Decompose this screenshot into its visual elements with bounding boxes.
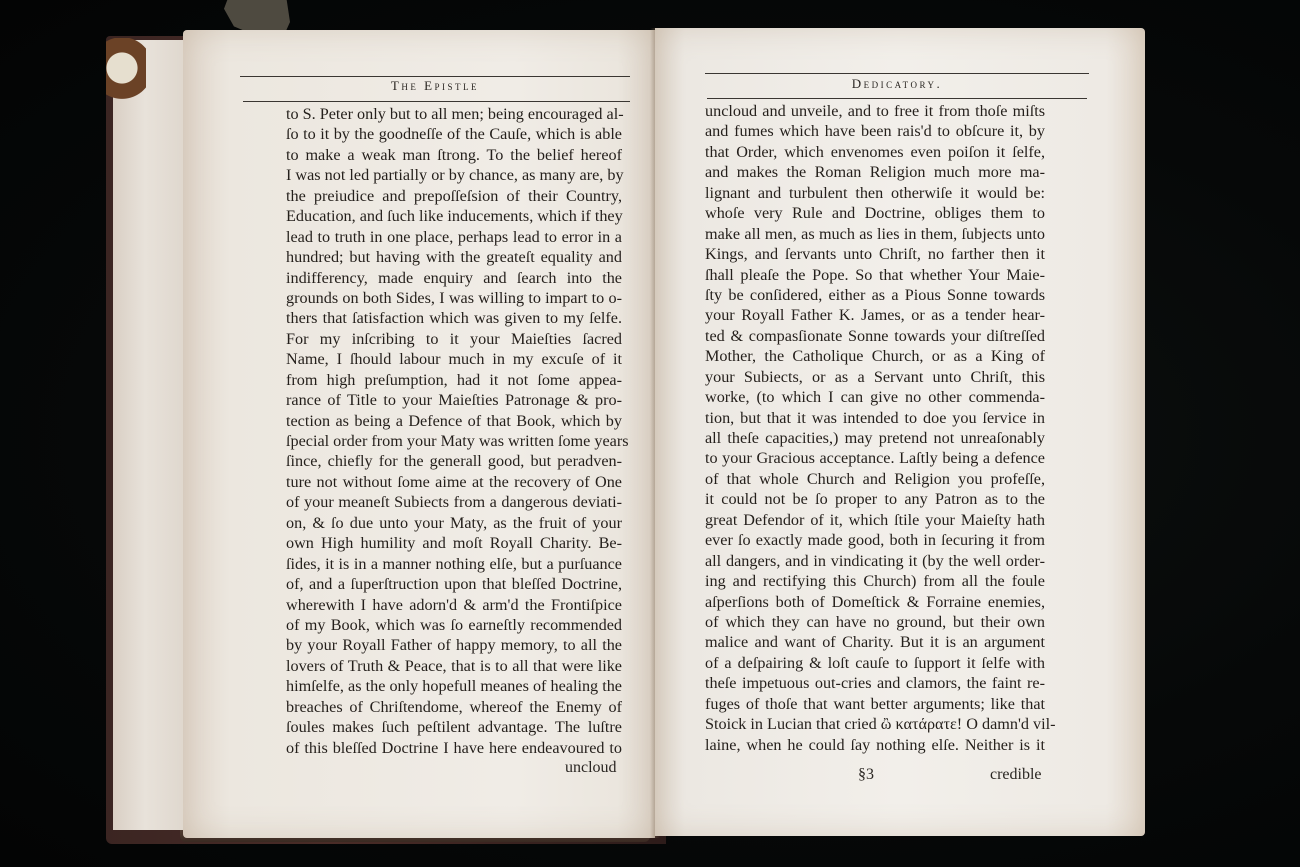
text-line: ſhall pleaſe the Pope. So that whether Y… xyxy=(705,265,1045,285)
text-line: theſe impetuous out-cries and clamors, t… xyxy=(705,673,1045,693)
text-line: of this bleſſed Doctrine I have here end… xyxy=(286,738,622,758)
text-line: ſince, chiefly for the generall good, bu… xyxy=(286,451,622,471)
header-rule-top xyxy=(705,73,1089,74)
text-line: malice and want of Charity. But it is an… xyxy=(705,632,1045,652)
text-line: and fumes which have been rais'd to obſc… xyxy=(705,121,1045,141)
text-line: great Defendor of it, which ſtile your M… xyxy=(705,510,1045,530)
text-line: Name, I ſhould labour much in my excuſe … xyxy=(286,349,622,369)
running-head: The Epistle xyxy=(240,78,630,94)
text-line: For my inſcribing to it your Maieſties ſ… xyxy=(286,329,622,349)
text-line: uncloud and unveile, and to free it from… xyxy=(705,101,1045,121)
header-rule-bottom xyxy=(243,101,630,102)
text-line: to make a weak man ſtrong. To the belief… xyxy=(286,145,622,165)
text-line: ſo to it by the goodneſſe of the Cauſe, … xyxy=(286,124,622,144)
text-line: the preiudice and prepoſſeſsion of their… xyxy=(286,186,622,206)
text-line: fuges of thoſe that want better argument… xyxy=(705,694,1045,714)
text-line: ſpecial order from your Maty was written… xyxy=(286,431,622,451)
text-line: grounds on both Sides, I was willing to … xyxy=(286,288,622,308)
text-line: of a deſpairing & loſt cauſe to ſupport … xyxy=(705,653,1045,673)
text-line: ted & compasſionate Sonne towards your d… xyxy=(705,326,1045,346)
text-line: lead to truth in one place, perhaps lead… xyxy=(286,227,622,247)
text-line: lovers of Truth & Peace, that is to all … xyxy=(286,656,622,676)
text-line: ever ſo exactly made good, both in ſecur… xyxy=(705,530,1045,550)
text-line: himſelfe, as the only hopefull meanes of… xyxy=(286,676,622,696)
text-line: ſoules makes ſuch peſtilent advantage. T… xyxy=(286,717,622,737)
left-page: The Epistle to S. Peter only but to all … xyxy=(183,30,655,838)
right-page: Dedicatory. uncloud and unveile, and to … xyxy=(655,28,1145,836)
text-line: whoſe very Rule and Doctrine, obliges th… xyxy=(705,203,1045,223)
text-line: all theſe capacities,) may pretend not u… xyxy=(705,428,1045,448)
text-line: your Subiects, or as a Servant unto Chri… xyxy=(705,367,1045,387)
catchword: credible xyxy=(990,766,1042,784)
text-line: it could not be ſo proper to any Patron … xyxy=(705,489,1045,509)
body-text: to S. Peter only but to all men; being e… xyxy=(286,104,622,758)
text-line: ſides, it is in a manner nothing elſe, b… xyxy=(286,554,622,574)
text-line: by your Royall Father of happy memory, t… xyxy=(286,635,622,655)
running-head: Dedicatory. xyxy=(705,76,1089,92)
header-rule-top xyxy=(240,76,630,77)
text-line: that Order, which envenomes even poiſon … xyxy=(705,142,1045,162)
text-line: Mother, the Catholique Church, or as a K… xyxy=(705,346,1045,366)
text-line: I was not led partially or by chance, as… xyxy=(286,165,622,185)
text-line: to S. Peter only but to all men; being e… xyxy=(286,104,622,124)
text-line: indifferency, made enquiry and ſearch in… xyxy=(286,268,622,288)
text-line: tection as being a Defence of that Book,… xyxy=(286,411,622,431)
body-text: uncloud and unveile, and to free it from… xyxy=(705,101,1045,755)
text-line: aſperſions both of Domeſtick & Forraine … xyxy=(705,592,1045,612)
text-line: own High humility and moſt Royall Charit… xyxy=(286,533,622,553)
text-line: and makes the Roman Religion much more m… xyxy=(705,162,1045,182)
text-line: make all men, as much as lies in them, ſ… xyxy=(705,224,1045,244)
text-line: ing and rectifying this Church) from all… xyxy=(705,571,1045,591)
text-line: worke, (to which I can give no other com… xyxy=(705,387,1045,407)
text-line: of that whole Church and Religion you pr… xyxy=(705,469,1045,489)
text-line: from high preſumption, had it not ſome a… xyxy=(286,370,622,390)
catchword: uncloud xyxy=(565,759,617,777)
flyleaf xyxy=(113,40,194,830)
text-line: Kings, and ſervants unto Chriſt, no fart… xyxy=(705,244,1045,264)
text-line: your Royall Father K. James, or as a ten… xyxy=(705,305,1045,325)
text-line: of my Book, which was ſo earneſtly recom… xyxy=(286,615,622,635)
text-line: laine, when he could ſay nothing elſe. N… xyxy=(705,735,1045,755)
text-line: ſty be conſidered, either as a Pious Son… xyxy=(705,285,1045,305)
text-line: of which they can have no ground, but th… xyxy=(705,612,1045,632)
text-line: tion, but that it was intended to doe yo… xyxy=(705,408,1045,428)
torn-corner xyxy=(106,38,146,113)
text-line: rance of Title to your Maieſties Patrona… xyxy=(286,390,622,410)
text-line: all dangers, and in vindicating it (by t… xyxy=(705,551,1045,571)
text-line: Stoick in Lucian that cried ὢ κατάρατε! … xyxy=(705,714,1045,734)
text-line: on, & ſo due unto your Maty, as the frui… xyxy=(286,513,622,533)
text-line: Education, and ſuch like inducements, wh… xyxy=(286,206,622,226)
text-line: wherewith I have adorn'd & arm'd the Fro… xyxy=(286,595,622,615)
signature-mark: §3 xyxy=(858,766,874,784)
header-rule-bottom xyxy=(707,98,1087,99)
text-line: of your meaneſt Subiects from a dangerou… xyxy=(286,492,622,512)
text-line: ture not without ſome aime at the recove… xyxy=(286,472,622,492)
text-line: breaches of Chriſtendome, whereof the En… xyxy=(286,697,622,717)
text-line: hundred; but having with the greateſt eq… xyxy=(286,247,622,267)
text-line: of, and a ſuperſtruction upon that bleſſ… xyxy=(286,574,622,594)
text-line: lignant and turbulent then otherwiſe it … xyxy=(705,183,1045,203)
text-line: thers that ſatisfaction which was given … xyxy=(286,308,622,328)
text-line: to your Gracious acceptance. Laſtly bein… xyxy=(705,448,1045,468)
